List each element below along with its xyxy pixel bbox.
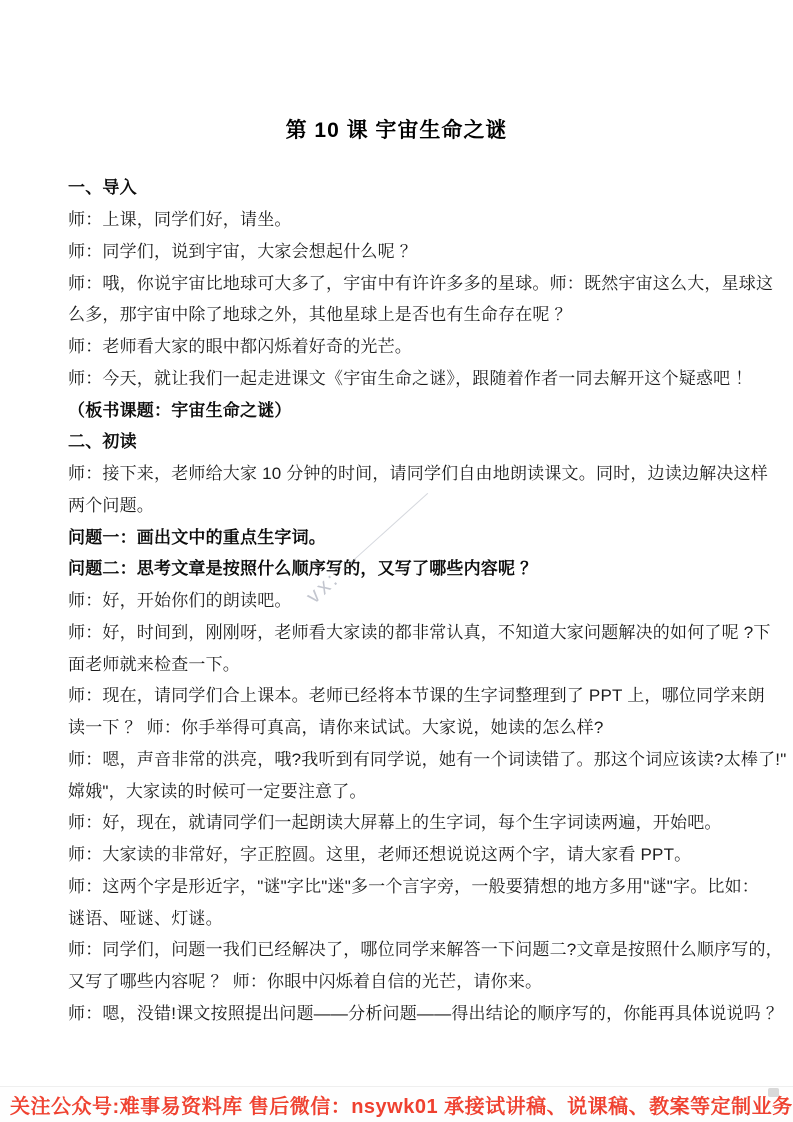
transcript-line: 师：现在，请同学们合上课本。老师已经将本节课的生字词整理到了 PPT 上，哪位同… xyxy=(68,678,744,710)
transcript-line: 两个问题。 xyxy=(68,488,744,520)
transcript-line: 问题二：思考文章是按照什么顺序写的，又写了哪些内容呢 ？ xyxy=(68,551,744,583)
transcript-line: 师：嗯，声音非常的洪亮，哦?我听到有同学说，她有一个词读错了。那这个词应该读?太… xyxy=(68,742,744,774)
transcript-line: 又写了哪些内容呢 ？ 师：你眼中闪烁着自信的光芒，请你来。 xyxy=(68,964,744,996)
lesson-transcript: 一、导入师：上课，同学们好，请坐。师：同学们，说到宇宙，大家会想起什么呢 ？师：… xyxy=(68,170,744,1027)
transcript-line: 师：好，时间到，刚刚呀，老师看大家读的都非常认真，不知道大家问题解决的如何了呢 … xyxy=(68,615,744,647)
transcript-line: 师：好，现在，就请同学们一起朗读大屏幕上的生字词，每个生字词读两遍，开始吧。 xyxy=(68,805,744,837)
smudge-mark xyxy=(768,1088,779,1097)
transcript-line: 师：今天，就让我们一起走进课文《宇宙生命之谜》，跟随着作者一同去解开这个疑惑吧 … xyxy=(68,361,744,393)
transcript-line: 师：同学们，问题一我们已经解决了，哪位同学来解答一下问题二?文章是按照什么顺序写… xyxy=(68,932,744,964)
transcript-line: 谜语、哑谜、灯谜。 xyxy=(68,900,744,932)
transcript-line: 师：嗯，没错!课文按照提出问题——分析问题——得出结论的顺序写的，你能再具体说说… xyxy=(68,996,744,1028)
promo-footer-text: 关注公众号:难事易资料库 售后微信：nsywk01 承接试讲稿、说课稿、教案等定… xyxy=(10,1090,793,1119)
transcript-line: 师：老师看大家的眼中都闪烁着好奇的光芒。 xyxy=(68,329,744,361)
transcript-line: 师：上课，同学们好，请坐。 xyxy=(68,202,744,234)
transcript-line: 问题一：画出文中的重点生字词。 xyxy=(68,519,744,551)
transcript-line: 师：接下来，老师给大家 10 分钟的时间，请同学们自由地朗读课文。同时，边读边解… xyxy=(68,456,744,488)
transcript-line: 么多，那宇宙中除了地球之外，其他星球上是否也有生命存在呢 ？ xyxy=(68,297,744,329)
transcript-line: 嫦娥"，大家读的时候可一定要注意了。 xyxy=(68,773,744,805)
document-page: 第 10 课 宇宙生命之谜 一、导入师：上课，同学们好，请坐。师：同学们，说到宇… xyxy=(0,0,793,1122)
lesson-title: 第 10 课 宇宙生命之谜 xyxy=(0,114,793,144)
transcript-line: 二、初读 xyxy=(68,424,744,456)
transcript-line: （板书课题：宇宙生命之谜） xyxy=(68,392,744,424)
transcript-line: 师：这两个字是形近字，"谜"字比"迷"多一个言字旁，一般要猜想的地方多用"谜"字… xyxy=(68,869,744,901)
transcript-line: 师：哦，你说宇宙比地球可大多了，宇宙中有许许多多的星球。师：既然宇宙这么大，星球… xyxy=(68,265,744,297)
transcript-line: 师：大家读的非常好，字正腔圆。这里，老师还想说说这两个字，请大家看 PPT。 xyxy=(68,837,744,869)
transcript-line: 一、导入 xyxy=(68,170,744,202)
transcript-line: 师：好，开始你们的朗读吧。 xyxy=(68,583,744,615)
transcript-line: 面老师就来检查一下。 xyxy=(68,646,744,678)
transcript-line: 读一下 ？ 师：你手举得可真高，请你来试试。大家说，她读的怎么样? xyxy=(68,710,744,742)
promo-footer: 关注公众号:难事易资料库 售后微信：nsywk01 承接试讲稿、说课稿、教案等定… xyxy=(0,1086,793,1122)
transcript-line: 师：同学们，说到宇宙，大家会想起什么呢 ？ xyxy=(68,234,744,266)
